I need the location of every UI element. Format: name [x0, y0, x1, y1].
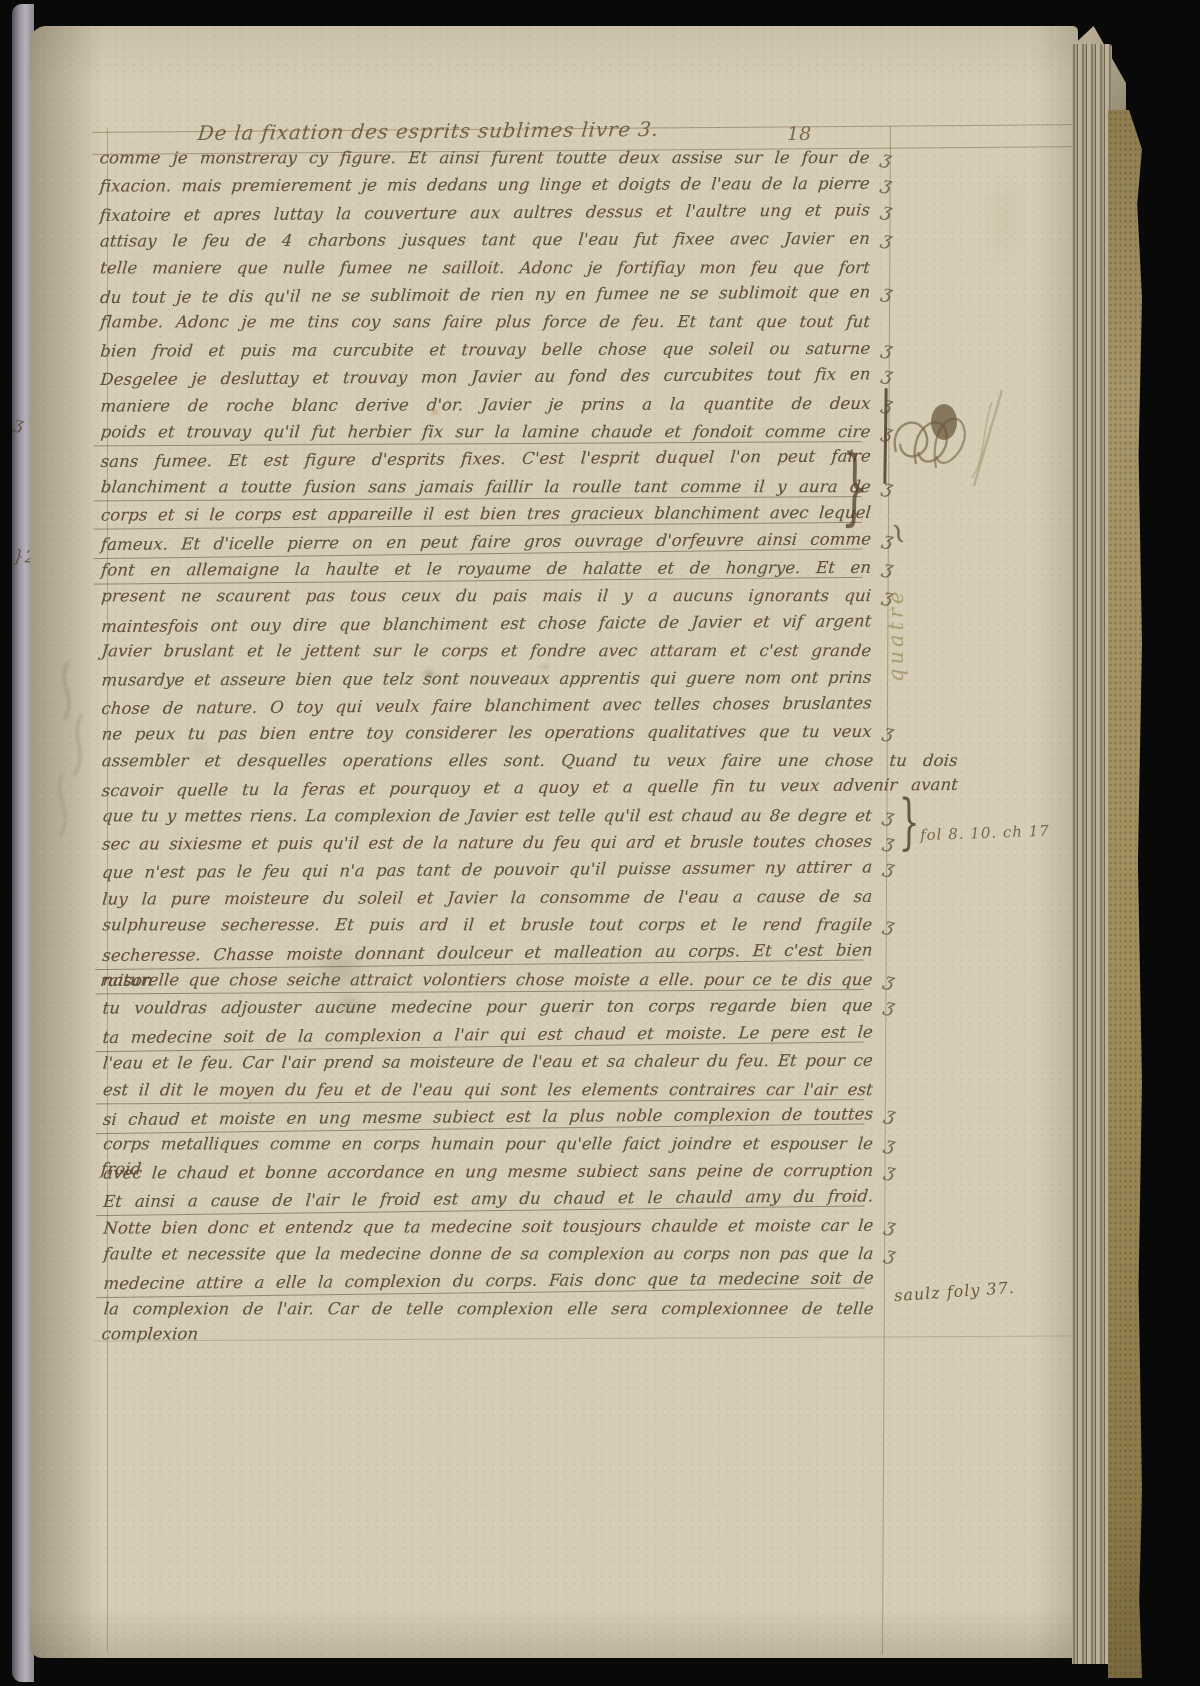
line-end-flourish: ʒ — [881, 967, 898, 994]
manuscript-line-text: ne peux tu pas bien entre toy considerer… — [101, 722, 873, 744]
manuscript-line: maniere de roche blanc derive d'or. Javi… — [99, 390, 871, 419]
manuscript-line: que n'est pas le feu qui n'a pas tant de… — [101, 855, 873, 887]
manuscript-line-text: flambe. Adonc je me tins coy sans faire … — [100, 312, 871, 331]
manuscript-line: blanchiment a toutte fusion sans jamais … — [100, 474, 872, 500]
manuscript-page: De la fixation des esprits sublimes livr… — [30, 26, 1078, 1658]
manuscript-line-text: musardye et asseure bien que telz sont n… — [101, 667, 873, 689]
ink-bleedthrough-icon — [38, 654, 108, 844]
line-end-flourish: ʒ — [879, 336, 896, 363]
manuscript-line: medecine attire a elle la complexion du … — [102, 1266, 874, 1298]
manuscript-line: tu vouldras adjouster aucune medecine po… — [101, 993, 873, 1022]
manuscript-line: luy la pure moisteure du soleil et Javie… — [101, 884, 873, 913]
line-end-flourish: ʒ — [880, 829, 897, 856]
fol-note-brace: } — [899, 792, 920, 852]
manuscript-line-text: Desgelee je desluttay et trouvay mon Jav… — [100, 365, 872, 390]
manuscript-line-text: corps et si le corps est appareille il e… — [100, 503, 872, 525]
manuscript-line: si chaud et moiste en ung mesme subiect … — [102, 1101, 874, 1133]
line-end-flourish: ʒ — [881, 1158, 898, 1185]
fore-edge-texture — [1108, 110, 1142, 1678]
manuscript-line: que tu y mettes riens. La complexion de … — [101, 803, 873, 829]
manuscript-line: sans fumee. Et est figure d'esprits fixe… — [100, 444, 872, 476]
line-end-flourish: ʒ — [881, 1102, 898, 1129]
manuscript-line-text: fixatoire et apres luttay la couverture … — [99, 200, 871, 225]
manuscript-line: telle maniere que nulle fumee ne sailloi… — [99, 255, 871, 281]
manuscript-line: naturelle que chose seiche attraict volo… — [101, 967, 873, 993]
manuscript-line-text: assembler et desquelles operations elles… — [101, 751, 958, 770]
manuscript-photo: ʒ }24! De la fixation des esprits sublim… — [0, 0, 1200, 1686]
fore-edge-block — [1108, 110, 1142, 1678]
manuscript-line: faulte et necessite que la medecine donn… — [102, 1241, 874, 1267]
manuscript-line-text: Et ainsi a cause de l'air le froid est a… — [102, 1187, 874, 1212]
manuscript-line-text: que tu y mettes riens. La complexion de … — [101, 806, 872, 825]
manuscript-line: corps metalliques comme en corps humain … — [102, 1131, 874, 1157]
line-end-flourish: ʒ — [880, 719, 897, 746]
manuscript-line-text: avec le chaud et bonne accordance en ung… — [102, 1161, 874, 1183]
manuscript-line-text: la complexion de l'air. Car de telle com… — [101, 1299, 875, 1343]
manuscript-line-text: blanchiment a toutte fusion sans jamais … — [100, 477, 871, 496]
manuscript-line-text: sans fumee. Et est figure d'esprits fixe… — [100, 447, 872, 472]
manuscript-line: attisay le feu de 4 charbons jusques tan… — [99, 226, 871, 255]
manuscript-line: l'eau et le feu. Car l'air prend sa mois… — [102, 1048, 874, 1077]
manuscript-line-text: bien froid et puis ma curcubite et trouv… — [100, 339, 872, 361]
line-end-flourish: ʒ — [881, 855, 898, 882]
line-end-flourish: ʒ — [882, 1241, 899, 1268]
manuscript-line: est il dit le moyen du feu et de l'eau q… — [102, 1077, 874, 1103]
manuscript-line: Notte bien donc et entendz que ta medeci… — [102, 1212, 874, 1241]
manuscript-line: scavoir quelle tu la feras et pourquoy e… — [101, 772, 959, 804]
manuscript-line: bien froid et puis ma curcubite et trouv… — [99, 336, 871, 365]
manuscript-line-text: est il dit le moyen du feu et de l'eau q… — [102, 1080, 873, 1099]
manuscript-line: poids et trouvay qu'il fut herbier fix s… — [100, 419, 872, 445]
manuscript-line: Javier bruslant et le jettent sur le cor… — [100, 638, 872, 664]
manuscript-line-text: sulphureuse secheresse. Et puis ard il e… — [102, 915, 873, 934]
manuscript-line: Desgelee je desluttay et trouvay mon Jav… — [99, 362, 871, 394]
manuscript-line: du tout je te dis qu'il ne se sublimoit … — [99, 279, 871, 311]
manuscript-line-text: tu vouldras adjouster aucune medecine po… — [102, 996, 874, 1018]
manuscript-line-text: font en allemaigne la haulte et le royau… — [100, 558, 872, 580]
manuscript-line-text: Notte bien donc et entendz que ta medeci… — [103, 1215, 875, 1237]
manuscript-line-text: Javier bruslant et le jettent sur le cor… — [101, 641, 872, 660]
page-edge-stack — [1072, 44, 1112, 1664]
manuscript-line: present ne scaurent pas tous ceux du pai… — [100, 583, 872, 609]
manuscript-line: assembler et desquelles operations elles… — [101, 748, 959, 774]
manuscript-line-text: maniere de roche blanc derive d'or. Javi… — [100, 393, 872, 415]
line-end-flourish: ʒ — [879, 280, 896, 307]
manuscript-line-text: l'eau et le feu. Car l'air prend sa mois… — [102, 1051, 874, 1073]
line-end-flourish: ʒ — [878, 145, 895, 172]
manuscript-line: sec au sixiesme et puis qu'il est de la … — [101, 829, 873, 858]
manuscript-line: flambe. Adonc je me tins coy sans faire … — [99, 309, 871, 335]
manuscript-line-text: luy la pure moisteure du soleil et Javie… — [101, 887, 873, 909]
manuscript-line-text: ta medecine soit de la complexion a l'ai… — [102, 1022, 874, 1047]
manuscript-line: sulphureuse secheresse. Et puis ard il e… — [101, 912, 873, 938]
manuscript-line: comme je monstreray cy figure. Et ainsi … — [99, 145, 871, 171]
line-end-flourish: ʒ — [880, 912, 897, 939]
manuscript-line: chose de nature. O toy qui veulx faire b… — [100, 690, 872, 722]
manuscript-line: la complexion de l'air. Car de telle com… — [103, 1296, 875, 1322]
manuscript-line-text: poids et trouvay qu'il fut herbier fix s… — [100, 422, 871, 441]
manuscript-line: corps et si le corps est appareille il e… — [100, 500, 872, 529]
manuscript-line-text: faulte et necessite que la medecine donn… — [103, 1244, 874, 1263]
line-end-flourish: ʒ — [882, 1213, 899, 1240]
manuscript-line-text: fixacion. mais premierement je mis dedan… — [99, 174, 871, 196]
manuscript-line-text: du tout je te dis qu'il ne se sublimoit … — [99, 282, 871, 307]
manuscript-line-text: maintesfois ont ouy dire que blanchiment… — [100, 611, 872, 636]
manuscript-line: fameux. Et d'icelle pierre on en peut fa… — [100, 526, 872, 558]
line-end-flourish: ʒ — [881, 993, 898, 1020]
manuscript-line: Et ainsi a cause de l'air le froid est a… — [102, 1184, 874, 1216]
manuscript-line-text: que n'est pas le feu qui n'a pas tant de… — [101, 858, 873, 883]
manuscript-line-text: chose de nature. O toy qui veulx faire b… — [101, 693, 873, 718]
line-end-flourish: ʒ — [878, 197, 895, 224]
manuscript-line-text: medecine attire a elle la complexion du … — [103, 1269, 875, 1294]
margin-note-quatre: quatre — [884, 472, 908, 682]
margin-brace-large: } — [841, 443, 869, 529]
manuscript-line: font en allemaigne la haulte et le royau… — [100, 555, 872, 584]
manuscript-line-text: telle maniere que nulle fumee ne sailloi… — [99, 258, 870, 277]
manuscript-line: musardye et asseure bien que telz sont n… — [100, 664, 872, 693]
line-end-flourish: ʒ — [881, 1132, 898, 1159]
manuscript-line-text: fameux. Et d'icelle pierre on en peut fa… — [100, 529, 872, 554]
manuscript-line-text: scavoir quelle tu la feras et pourquoy e… — [101, 775, 959, 800]
manuscript-line-text: attisay le feu de 4 charbons jusques tan… — [99, 229, 871, 251]
manuscript-line: ta medecine soit de la complexion a l'ai… — [102, 1019, 874, 1051]
manuscript-line-text: sec au sixiesme et puis qu'il est de la … — [101, 832, 873, 854]
manuscript-line-text: naturelle que chose seiche attraict volo… — [102, 970, 873, 989]
manuscript-line-text: present ne scaurent pas tous ceux du pai… — [100, 586, 871, 605]
line-end-flourish: ʒ — [879, 362, 896, 389]
line-end-flourish: ʒ — [878, 171, 895, 198]
manuscript-line: maintesfois ont ouy dire que blanchiment… — [100, 608, 872, 640]
manuscript-line: secheresse. Chasse moiste donnant doulce… — [101, 937, 873, 969]
manuscript-line: ne peux tu pas bien entre toy considerer… — [101, 719, 873, 748]
sliver-squiggle-mark: ʒ — [12, 413, 26, 435]
manuscript-line-text: si chaud et moiste en ung mesme subiect … — [102, 1104, 874, 1129]
line-end-flourish: ʒ — [880, 803, 897, 830]
manuscript-line: fixatoire et apres luttay la couverture … — [99, 197, 871, 229]
manuscript-line-text: comme je monstreray cy figure. Et ainsi … — [99, 148, 870, 167]
manuscript-line: avec le chaud et bonne accordance en ung… — [102, 1158, 874, 1187]
line-end-flourish: ʒ — [878, 226, 895, 253]
manuscript-line: fixacion. mais premierement je mis dedan… — [99, 171, 871, 200]
